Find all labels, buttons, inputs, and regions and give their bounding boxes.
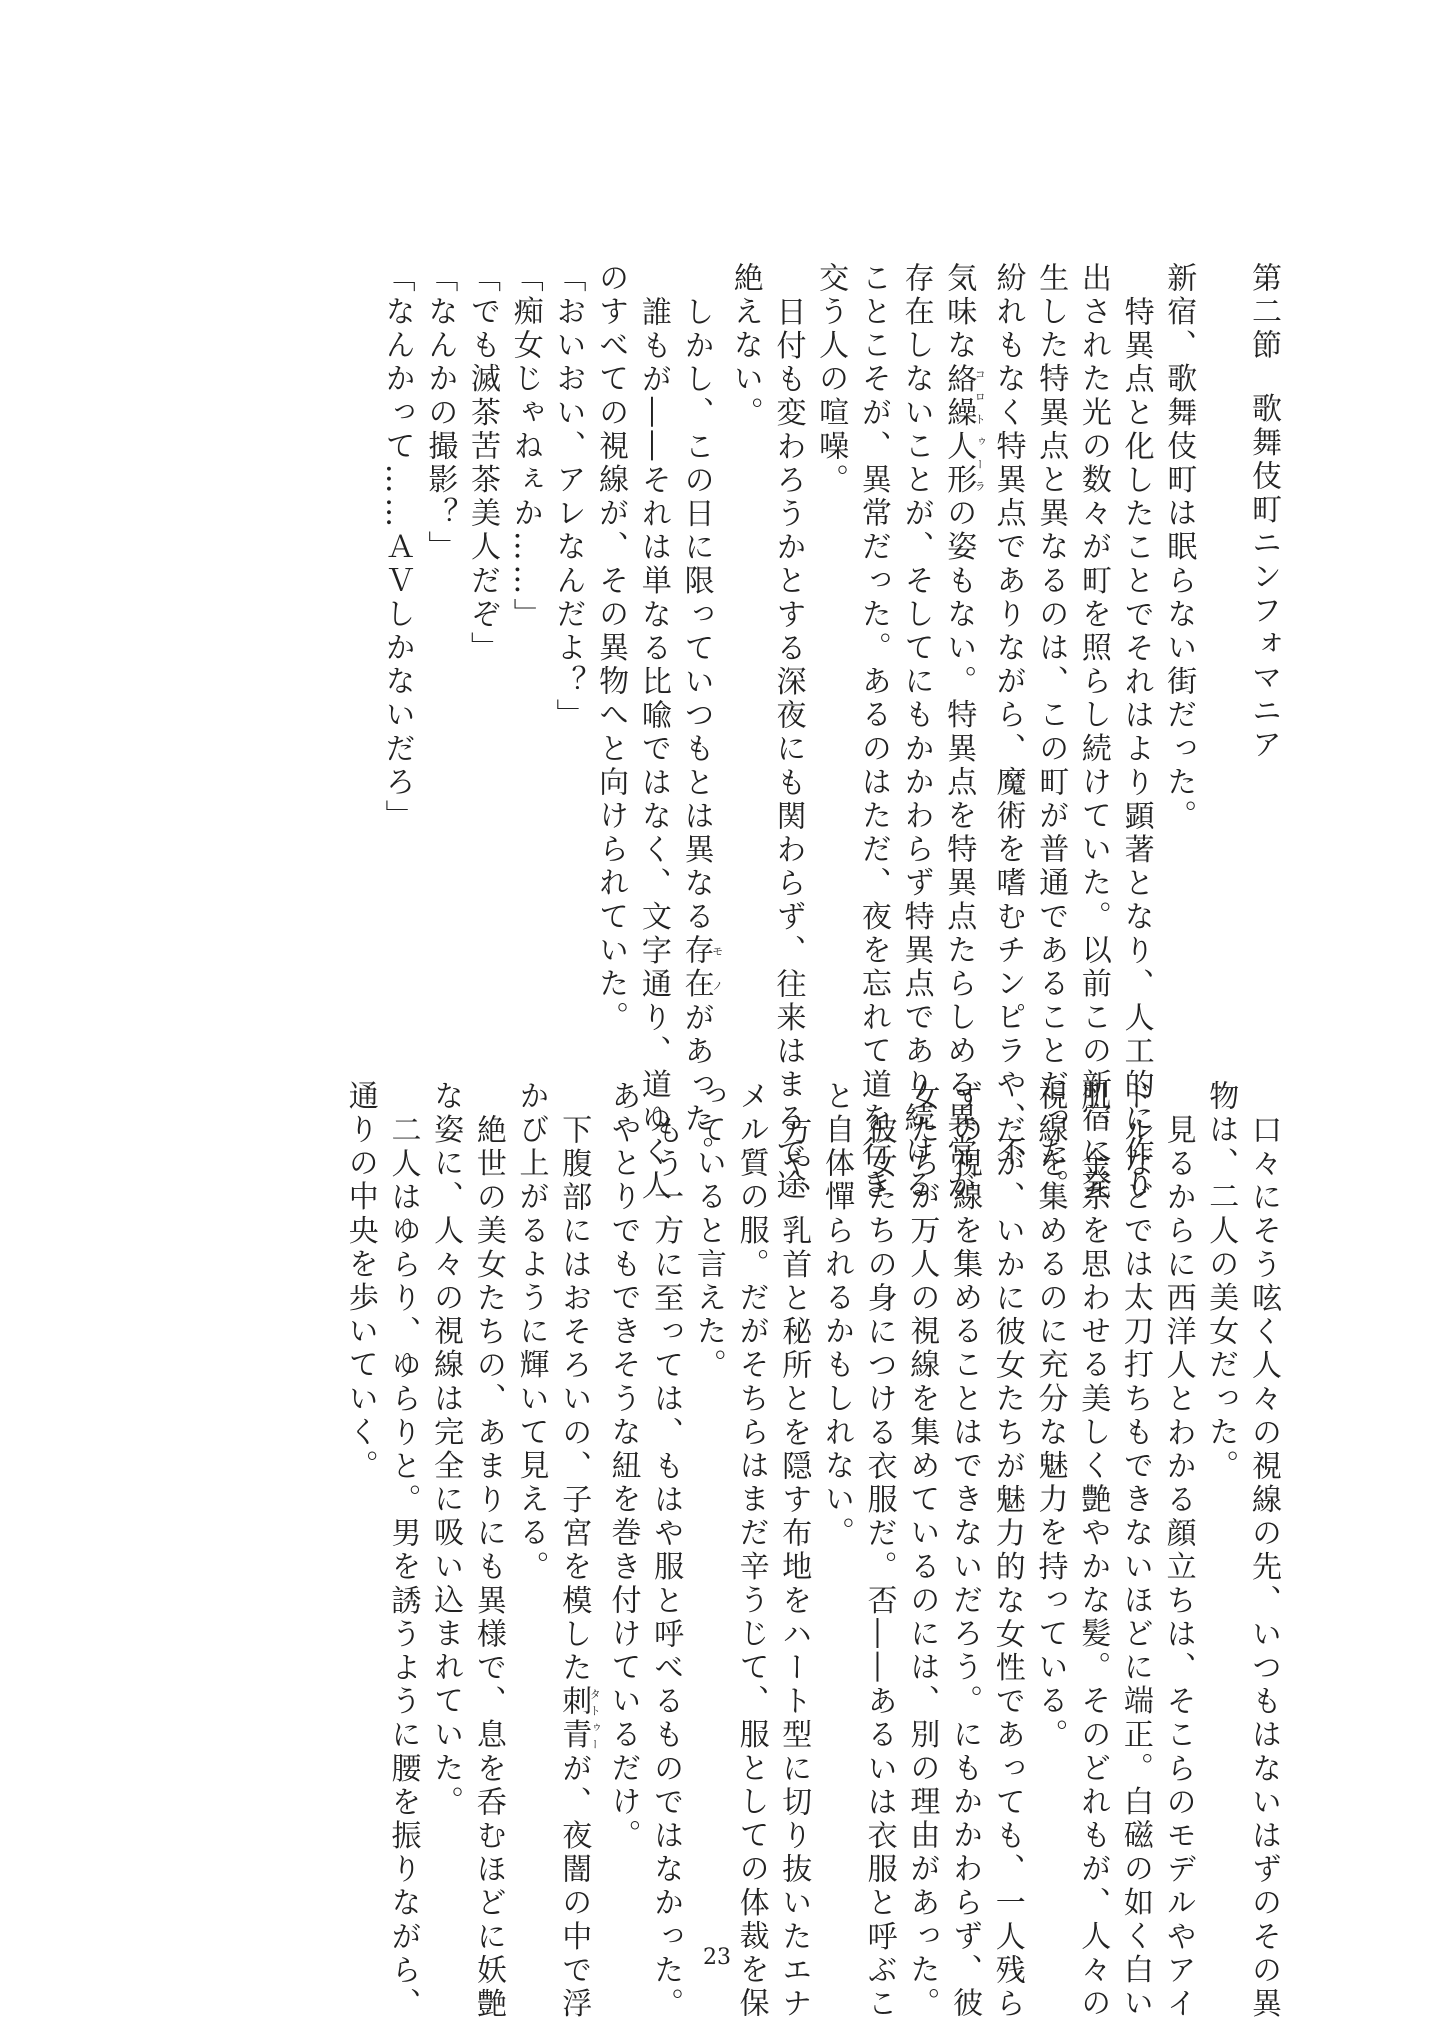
paragraph-line: 女たちが万人の視線を集めているのには、別の理由があった。: [900, 1080, 943, 1880]
paragraph-line: 特異点と化したことでそれはより顕著となり、人工的に作り: [1114, 262, 1157, 922]
paragraph-line: のすべての視線が、その異物へと向けられていた。: [588, 262, 631, 922]
paragraph-line: 見るからに西洋人とわかる顔立ちは、そこらのモデルやアイ: [1156, 1080, 1199, 1880]
paragraph-line: っていると言えた。: [686, 1080, 729, 1880]
paragraph-line: 日付も変わろうかとする深夜にも関わらず、往来はまるで途: [766, 262, 809, 922]
paragraph-line: 絶えない。: [723, 262, 766, 922]
paragraph-line-ruby: 気味な絡繰人形コロトゥーラの姿もない。特異点を特異点たらしめる異常が: [937, 262, 986, 922]
paragraph-line: 肌、金糸を思わせる美しく艶やかな髪。そのどれもが、人々の: [1070, 1080, 1113, 1880]
paragraph-line: と自体憚られるかもしれない。: [814, 1080, 857, 1880]
text: 気味な: [941, 262, 976, 363]
ruby-tattoo: 刺青タトゥー: [556, 1685, 591, 1752]
paragraph-line: 視線を集めるのに充分な魅力を持っている。: [1028, 1080, 1071, 1880]
paragraph-line: メル質の服。だがそちらはまだ辛うじて、服としての体裁を保: [729, 1080, 772, 1880]
ruby-karakuri: 絡繰人形コロトゥーラ: [941, 363, 976, 497]
paragraph-line: だが、いかに彼女たちが魅力的な女性であっても、一人残ら: [985, 1080, 1028, 1880]
section-name: 歌舞伎町ニンフォマニア: [1246, 393, 1281, 763]
paragraph-line: 彼女たちの身につける衣服だ。否――あるいは衣服と呼ぶこ: [857, 1080, 900, 1880]
paragraph-line: 存在しないことが、そしてにもかかわらず特異点であり続ける: [894, 262, 937, 922]
paragraph-line: 絶世の美女たちの、あまりにも異様で、息を呑むほどに妖艶: [466, 1080, 509, 1880]
ruby-mono: 存在モノ: [679, 934, 714, 1001]
paragraph-line: な姿に、人々の視線は完全に吸い込まれていた。: [423, 1080, 466, 1880]
paragraph-line: 二人はゆらり、ゆらりと。男を誘うように腰を振りながら、: [381, 1080, 424, 1880]
paragraph-line: 交う人の喧噪。: [808, 262, 851, 922]
dialogue-line: 「おいおい、アレなんだよ？」: [546, 262, 589, 922]
paragraph-line: 紛れもなく特異点でありながら、魔術を嗜むチンピラや、不: [986, 262, 1029, 922]
paragraph-line: 生した特異点と異なるのは、この町が普通であることだった。: [1028, 262, 1071, 922]
dialogue-line: 「でも滅茶苦茶美人だぞ」: [460, 262, 503, 922]
paragraph-line-ruby: 下腹部にはおそろいの、子宮を模した刺青タトゥーが、夜闇の中で浮: [552, 1080, 601, 1880]
paragraph-line: 新宿、歌舞伎町は眠らない街だった。: [1157, 262, 1200, 922]
text: が、夜闇の中で浮: [556, 1752, 591, 2021]
paragraph-line: 口々にそう呟く人々の視線の先、いつもはないはずのその異: [1241, 1080, 1284, 1880]
paragraph-line: かび上がるように輝いて見える。: [509, 1080, 552, 1880]
text: 下腹部にはおそろいの、子宮を模した: [556, 1114, 591, 1685]
paragraph-line: ドルなどでは太刀打ちもできないほどに端正。白磁の如く白い: [1113, 1080, 1156, 1880]
paragraph-line: 物は、二人の美女だった。: [1199, 1080, 1242, 1880]
section-number: 第二節: [1246, 262, 1281, 363]
paragraph-line: もう一方に至っては、もはや服と呼べるものではなかった。: [643, 1080, 686, 1880]
paragraph-line: あやとりでもできそうな紐を巻き付けているだけ。: [601, 1080, 644, 1880]
section-heading: 第二節歌舞伎町ニンフォマニア: [1241, 262, 1284, 922]
bottom-text-block: 口々にそう呟く人々の視線の先、いつもはないはずのその異 物は、二人の美女だった。…: [338, 1080, 1284, 1880]
page-number: 23: [0, 1945, 1434, 1970]
paragraph-line-ruby: しかし、この日に限っていつもとは異なる存在モノがあった。: [674, 262, 723, 922]
dialogue-line: 「なんかって……ＡＶしかないだろ」: [375, 262, 418, 922]
paragraph-line: 誰もが――それは単なる比喩ではなく、文字通り、道ゆく人: [631, 262, 674, 922]
text: しかし、この日に限っていつもとは異なる: [679, 296, 714, 934]
paragraph-line: 通りの中央を歩いていく。: [338, 1080, 381, 1880]
dialogue-line: 「痴女じゃねぇか……」: [503, 262, 546, 922]
paragraph-line: 方や、乳首と秘所とを隠す布地をハート型に切り抜いたエナ: [772, 1080, 815, 1880]
paragraph-line: ことこそが、異常だった。あるのはただ、夜を忘れて道を行き: [851, 262, 894, 922]
dialogue-line: 「なんかの撮影？」: [418, 262, 461, 922]
paragraph-line: 出された光の数々が町を照らし続けていた。以前この新宿に発: [1071, 262, 1114, 922]
paragraph-line: ずの視線を集めることはできないだろう。にもかかわらず、彼: [942, 1080, 985, 1880]
book-page: 第二節歌舞伎町ニンフォマニア 新宿、歌舞伎町は眠らない街だった。 特異点と化した…: [0, 0, 1434, 2025]
top-text-block: 第二節歌舞伎町ニンフォマニア 新宿、歌舞伎町は眠らない街だった。 特異点と化した…: [375, 262, 1284, 922]
